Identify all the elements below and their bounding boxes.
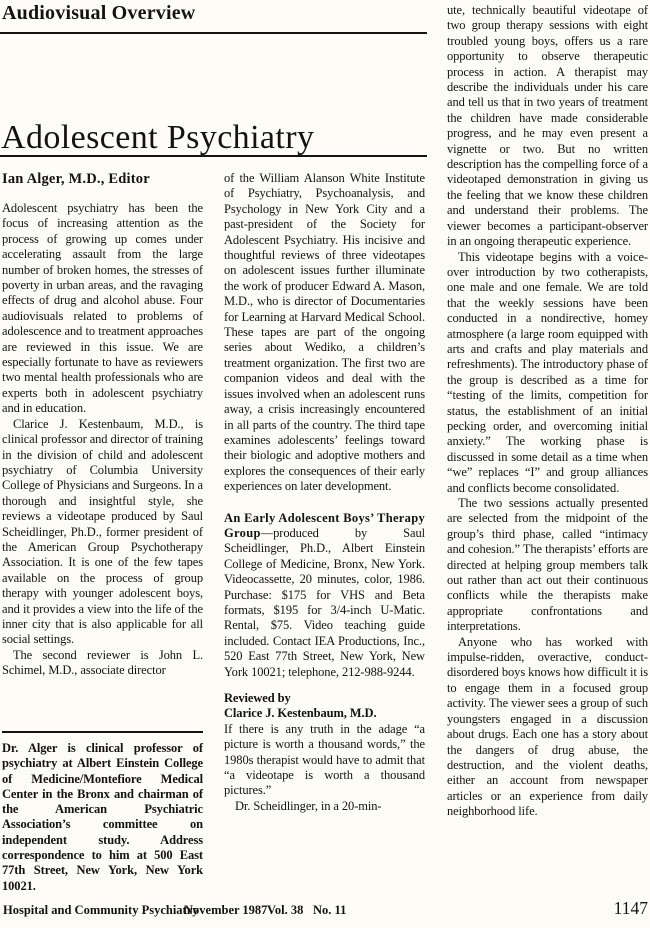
- title-rule: [0, 155, 427, 157]
- journal-page: Audiovisual Overview Adolescent Psychiat…: [0, 0, 650, 928]
- reviewer-name: Clarice J. Kestenbaum, M.D.: [224, 706, 376, 720]
- header-rule: [0, 32, 427, 34]
- paragraph-anyone-worked: Anyone who has worked with impulse-ridde…: [447, 635, 648, 820]
- page-number: 1147: [614, 898, 648, 919]
- videotape-listing: An Early Adolescent Boys’ Therapy Group—…: [224, 511, 425, 680]
- paragraph-kestenbaum-bio: Clarice J. Kestenbaum, M.D., is clinical…: [2, 417, 203, 648]
- page-footer: Hospital and Community Psychiatry Novemb…: [0, 898, 650, 922]
- paragraph-schimel-continuation: of the William Alanson White Institute o…: [224, 171, 425, 495]
- paragraph-second-reviewer: The second reviewer is John L. Schimel, …: [2, 648, 203, 679]
- paragraph-review-scheidlinger: Dr. Scheidlinger, in a 20-min-: [224, 799, 425, 814]
- author-footnote: Dr. Alger is clinical professor of psych…: [2, 741, 203, 894]
- column-3: ute, technically beautiful videotape of …: [447, 3, 648, 820]
- issue-number: No. 11: [313, 903, 346, 918]
- reviewed-by-label: Reviewed by: [224, 691, 291, 705]
- article-title: Adolescent Psychiatry: [1, 119, 314, 157]
- paragraph-intro: Adolescent psychiatry has been the focus…: [2, 201, 203, 417]
- column-2: of the William Alanson White Institute o…: [224, 171, 425, 814]
- footnote-rule: [2, 731, 203, 733]
- listing-details: —produced by Saul Scheidlinger, Ph.D., A…: [224, 526, 425, 679]
- issue-date: November 1987: [184, 903, 267, 918]
- paragraph-review-adage: If there is any truth in the adage “a pi…: [224, 722, 425, 799]
- reviewed-by-block: Reviewed by Clarice J. Kestenbaum, M.D.: [224, 691, 425, 722]
- column-1: Ian Alger, M.D., Editor Adolescent psych…: [2, 171, 203, 679]
- paragraph-two-sessions: The two sessions actually presented are …: [447, 496, 648, 635]
- section-title: Audiovisual Overview: [2, 2, 195, 25]
- issue-volume: Vol. 38: [267, 903, 303, 918]
- editor-byline: Ian Alger, M.D., Editor: [2, 171, 203, 188]
- paragraph-voice-over: This videotape begins with a voice-over …: [447, 250, 648, 497]
- journal-name: Hospital and Community Psychiatry: [3, 903, 199, 918]
- paragraph-videotape-continuation: ute, technically beautiful videotape of …: [447, 3, 648, 250]
